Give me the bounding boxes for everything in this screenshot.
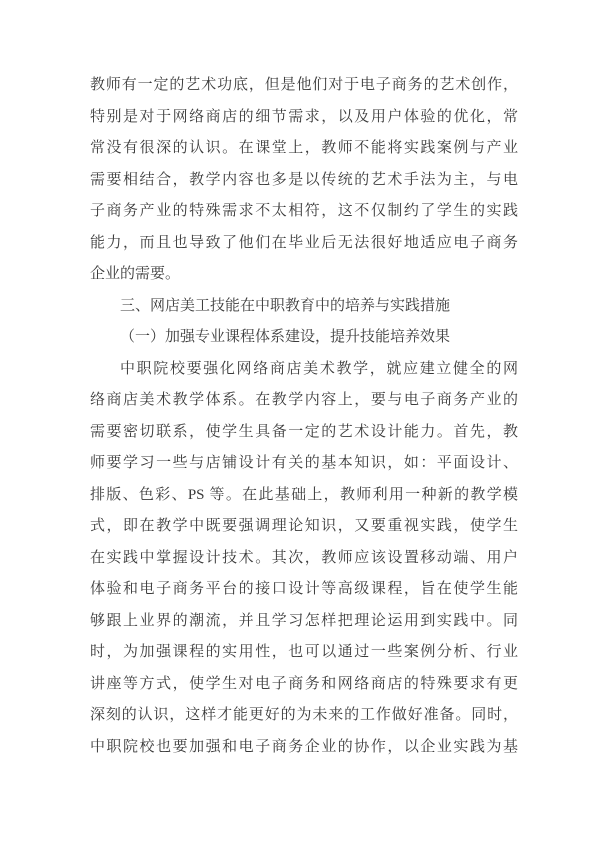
paragraph-first-line: 中职院校要强化网络商店美术教学，就应建立健全的网 xyxy=(90,354,518,386)
text-line: 够跟上业界的潮流，并且学习怎样把理论运用到实践中。同 xyxy=(90,606,518,638)
text-line: 时，为加强课程的实用性，也可以通过一些案例分析、行业 xyxy=(90,637,518,669)
text-line: 式，即在教学中既要强调理论知识，又要重视实践，使学生 xyxy=(90,511,518,543)
paragraph-last-line: 企业的需要。 xyxy=(90,259,518,291)
text-line: 教师有一定的艺术功底，但是他们对于电子商务的艺术创作， xyxy=(90,70,518,102)
text-line: 子商务产业的特殊需求不太相符，这不仅制约了学生的实践 xyxy=(90,196,518,228)
text-line: 常没有很深的认识。在课堂上，教师不能将实践案例与产业 xyxy=(90,133,518,165)
text-line: 络商店美术教学体系。在教学内容上，要与电子商务产业的 xyxy=(90,385,518,417)
text-line: 在实践中掌握设计技术。其次，教师应该设置移动端、用户 xyxy=(90,543,518,575)
text-line: 师要学习一些与店铺设计有关的基本知识，如：平面设计、 xyxy=(90,448,518,480)
text-line: 讲座等方式，使学生对电子商务和网络商店的特殊要求有更 xyxy=(90,669,518,701)
text-line: 需要相结合，教学内容也多是以传统的艺术手法为主，与电 xyxy=(90,165,518,197)
document-page: 教师有一定的艺术功底，但是他们对于电子商务的艺术创作， 特别是对于网络商店的细节… xyxy=(0,0,600,848)
text-block: 教师有一定的艺术功底，但是他们对于电子商务的艺术创作， 特别是对于网络商店的细节… xyxy=(90,70,518,763)
text-line: 特别是对于网络商店的细节需求，以及用户体验的优化，常 xyxy=(90,102,518,134)
subsection-heading: （一）加强专业课程体系建设，提升技能培养效果 xyxy=(90,322,518,354)
text-line: 需要密切联系，使学生具备一定的艺术设计能力。首先，教 xyxy=(90,417,518,449)
text-line: 体验和电子商务平台的接口设计等高级课程，旨在使学生能 xyxy=(90,574,518,606)
section-heading: 三、网店美工技能在中职教育中的培养与实践措施 xyxy=(90,291,518,323)
text-line: 中职院校也要加强和电子商务企业的协作，以企业实践为基 xyxy=(90,732,518,764)
text-line: 排版、色彩、PS 等。在此基础上，教师利用一种新的教学模 xyxy=(90,480,518,512)
text-line: 能力，而且也导致了他们在毕业后无法很好地适应电子商务 xyxy=(90,228,518,260)
text-line: 深刻的认识，这样才能更好的为未来的工作做好准备。同时， xyxy=(90,700,518,732)
